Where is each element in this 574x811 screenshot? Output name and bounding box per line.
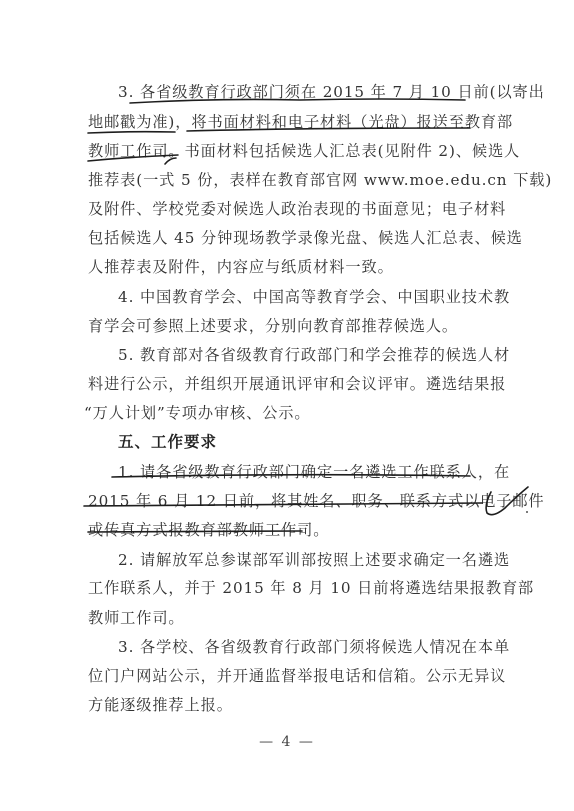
text-line: 推荐表(一式 5 份，表样在教育部官网 www.moe.edu.cn 下载) [88,168,488,192]
text-line: 3. 各学校、各省级教育行政部门须将候选人情况在本单 [118,635,488,659]
section-heading: 五、工作要求 [118,430,518,454]
text-line: 3. 各省级教育行政部门须在 2015 年 7 月 10 日前(以寄出 [118,80,488,104]
page-number: — 4 — [0,734,574,750]
text-line: 教师工作司。书面材料包括候选人汇总表(见附件 2)、候选人 [88,139,488,163]
text-line: 包括候选人 45 分钟现场教学录像光盘、候选人汇总表、候选 [88,226,488,250]
text-line: 人推荐表及附件，内容应与纸质材料一致。 [88,255,488,279]
text-line: “万人计划”专项办审核、公示。 [84,401,484,425]
text-line: 或传真方式报教育部教师工作司。 [88,518,488,542]
text-line: 育学会可参照上述要求，分别向教育部推荐候选人。 [88,314,488,338]
text-line: 教师工作司。 [88,606,488,630]
text-line: 位门户网站公示，并开通监督举报电话和信箱。公示无异议 [88,664,488,688]
text-line: 2015 年 6 月 12 日前，将其姓名、职务、联系方式以电子邮件 [88,489,488,513]
text-line: 料进行公示，并组织开展通讯评审和会议评审。遴选结果报 [88,372,488,396]
text-line: 2. 请解放军总参谋部军训部按照上述要求确定一名遴选 [118,548,488,572]
text-line: 工作联系人，并于 2015 年 8 月 10 日前将遴选结果报教育部 [88,576,488,600]
text-line: 及附件、学校党委对候选人政治表现的书面意见；电子材料 [88,197,488,221]
text-line: 5. 教育部对各省级教育行政部门和学会推荐的候选人材 [118,343,488,367]
text-line: 地邮戳为准)，将书面材料和电子材料（光盘）报送至教育部 [88,110,488,134]
document-page: 3. 各省级教育行政部门须在 2015 年 7 月 10 日前(以寄出 地邮戳为… [0,0,574,811]
text-line: 4. 中国教育学会、中国高等教育学会、中国职业技术教 [118,285,488,309]
text-line: 1. 请各省级教育行政部门确定一名遴选工作联系人，在 [118,460,488,484]
text-line: 方能逐级推荐上报。 [88,693,488,717]
